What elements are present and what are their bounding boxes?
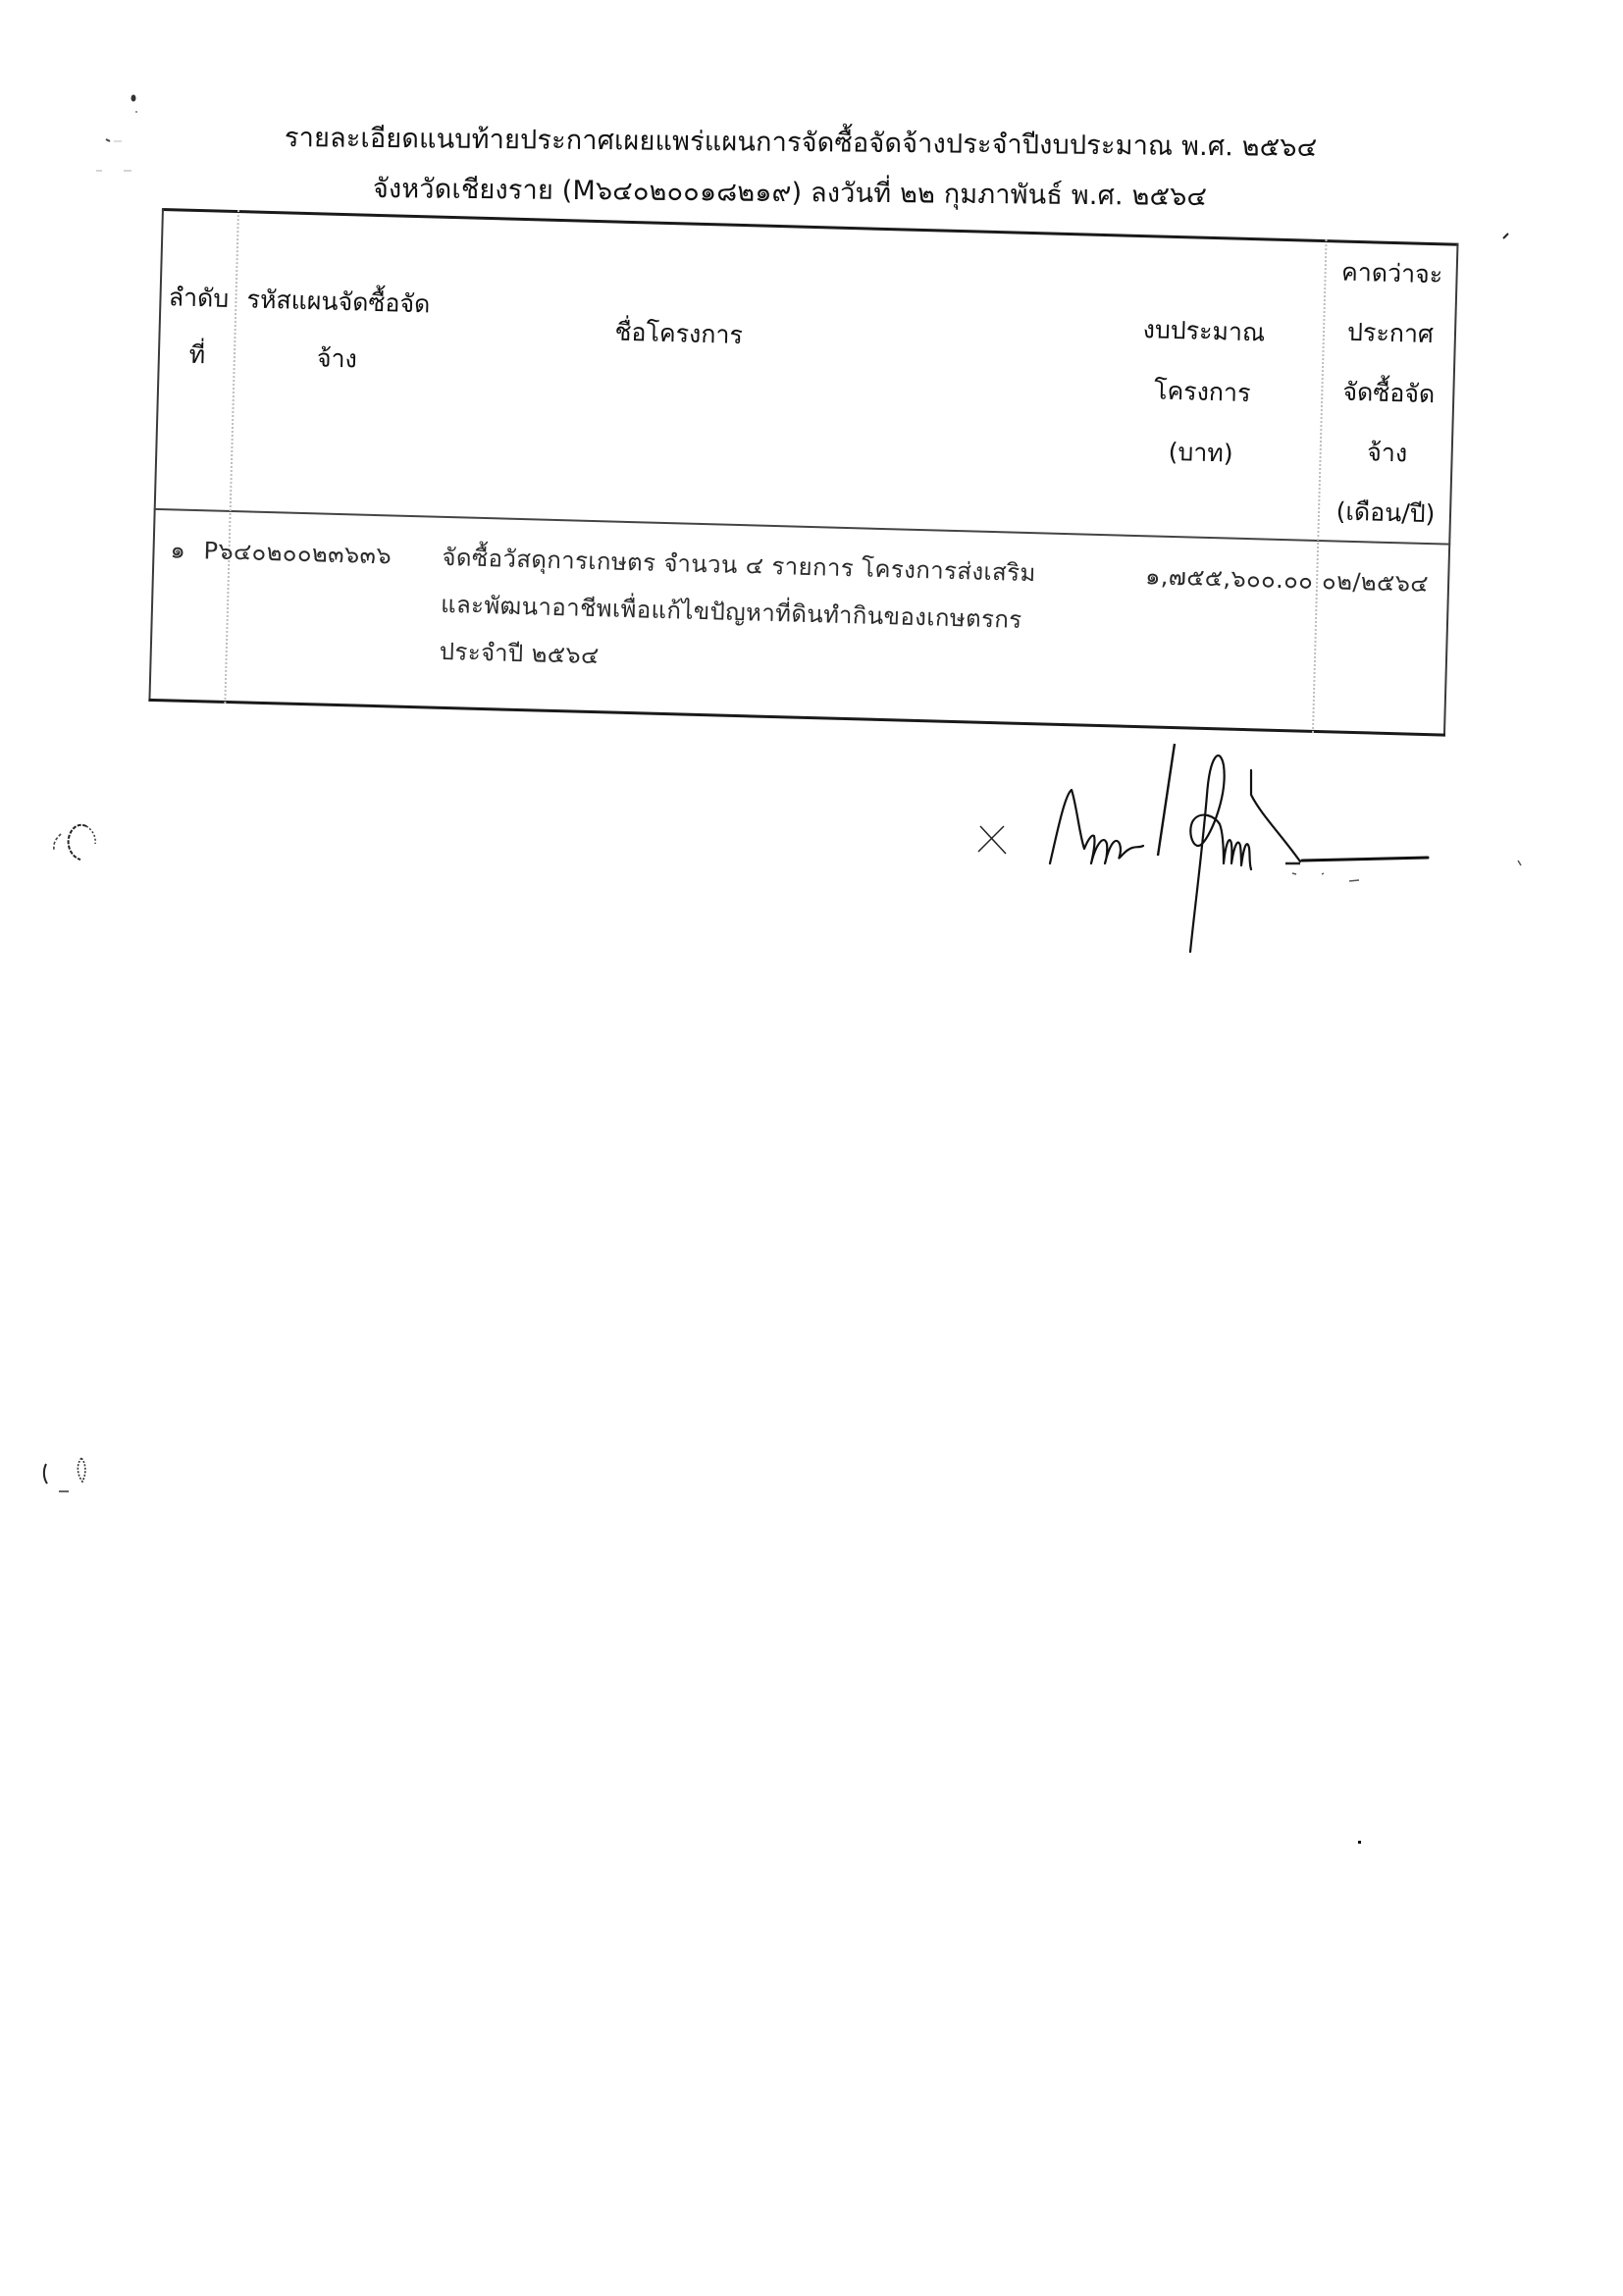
- header-plan-code: รหัสแผนจัดซื้อจัด จ้าง: [236, 271, 440, 391]
- hole-punch-mark: [39, 1452, 98, 1501]
- scan-speck-mark: [59, 78, 196, 177]
- row-plan-code: P๖๔๐๒๐๐๒๓๖๓๖: [203, 531, 393, 574]
- row-project-name: จัดซื้อวัสดุการเกษตร จำนวน ๔ รายการ โครง…: [442, 538, 1036, 592]
- handwritten-signature-icon: [967, 736, 1536, 962]
- scan-speck-mark: [1356, 1839, 1364, 1847]
- signature-block: [967, 736, 1536, 962]
- row-seq: ๑: [170, 530, 186, 568]
- document-subtitle: จังหวัดเชียงราย (M๖๔๐๒๐๐๑๘๒๑๙) ลงวันที่ …: [373, 167, 1208, 217]
- header-budget: งบประมาณ โครงการ (บาท): [1097, 298, 1308, 487]
- header-expected-line: ประกาศ: [1326, 301, 1455, 364]
- header-expected-announce: คาดว่าจะ ประกาศ จัดซื้อจัด จ้าง (เดือน/ป…: [1321, 241, 1456, 544]
- document-title: รายละเอียดแนบท้ายประกาศเผยแพร่แผนการจัดซ…: [285, 116, 1318, 168]
- scan-speck-mark: [1501, 231, 1511, 240]
- table-border-bottom: [148, 699, 1445, 737]
- header-expected-line: (เดือน/ปี): [1321, 481, 1450, 544]
- procurement-plan-table: ลำดับ ที่ รหัสแผนจัดซื้อจัด จ้าง ชื่อโคร…: [148, 208, 1458, 737]
- header-budget-line: งบประมาณ: [1100, 298, 1308, 365]
- header-project-name: ชื่อโครงการ: [452, 299, 905, 368]
- header-seq-line: ที่: [159, 326, 236, 385]
- table-border-top: [162, 208, 1459, 246]
- header-expected-line: คาดว่าจะ: [1328, 241, 1457, 304]
- header-plan-code-line: รหัสแผนจัดซื้อจัด: [237, 271, 440, 334]
- header-seq-line: ลำดับ: [161, 269, 237, 328]
- header-seq: ลำดับ ที่: [159, 269, 236, 385]
- header-expected-line: จัดซื้อจัด: [1325, 361, 1454, 424]
- header-budget-line: (บาท): [1097, 420, 1305, 487]
- row-expected-month-year: ๐๒/๒๕๖๔: [1322, 561, 1430, 602]
- row-budget: ๑,๗๕๕,๖๐๐.๐๐: [1145, 556, 1314, 600]
- header-expected-line: จ้าง: [1323, 421, 1452, 484]
- header-budget-line: โครงการ: [1099, 359, 1307, 426]
- hole-punch-mark: [39, 814, 108, 873]
- row-project-name: และพัฒนาอาชีพเพื่อแก้ไขปัญหาที่ดินทำกินข…: [441, 585, 1022, 639]
- header-plan-code-line: จ้าง: [236, 328, 438, 391]
- row-project-name: ประจำปี ๒๕๖๔: [439, 632, 600, 674]
